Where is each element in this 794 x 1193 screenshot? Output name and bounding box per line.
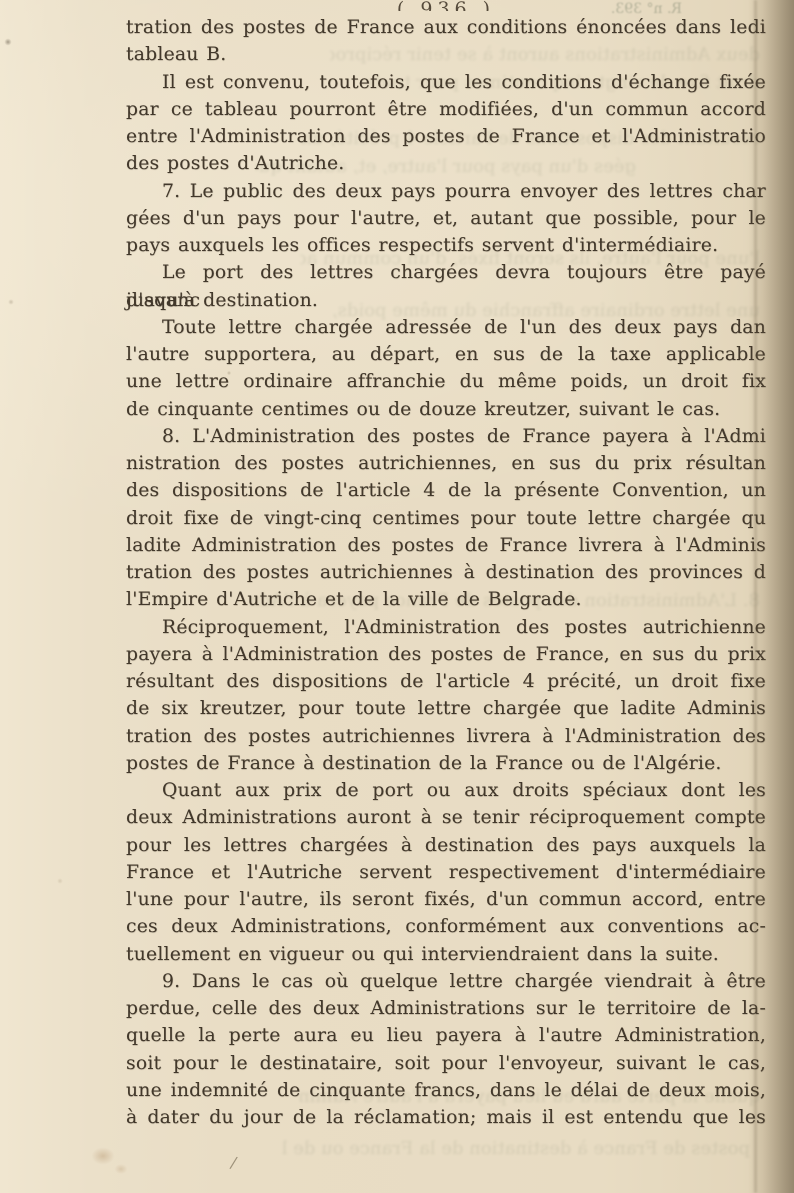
text-line: jusqu'à destination. <box>126 287 766 314</box>
text-line: droit fixe de vingt-cinq centimes pour t… <box>126 505 766 532</box>
text-line: pays auxquels les offices respectifs ser… <box>126 232 766 259</box>
text-line: 7. Le public des deux pays pourra envoye… <box>126 178 766 205</box>
text-line: résultant des dispositions de l'article … <box>126 668 766 695</box>
text-line: l'Empire d'Autriche et de la ville de Be… <box>126 586 766 613</box>
text-line: l'autre supportera, au départ, en sus de… <box>126 341 766 368</box>
text-line: tration des postes de France aux conditi… <box>126 14 766 41</box>
text-line: ces deux Administrations, conformément a… <box>126 913 766 940</box>
text-line: nistration des postes autrichiennes, en … <box>126 450 766 477</box>
text-line: Quant aux prix de port ou aux droits spé… <box>126 777 766 804</box>
scanned-page: { "document": { "kind": "scanned book pa… <box>0 0 794 1193</box>
text-line: Il est convenu, toutefois, que les condi… <box>126 69 766 96</box>
text-line: tration des postes autrichiennes à desti… <box>126 559 766 586</box>
text-line: ladite Administration des postes de Fran… <box>126 532 766 559</box>
text-line: l'une pour l'autre, ils seront fixés, d'… <box>126 886 766 913</box>
page-number-clip: ( 936 ) <box>126 0 766 11</box>
text-line: quelle la perte aura eu lieu payera à l'… <box>126 1022 766 1049</box>
text-line: des postes d'Autriche. <box>126 150 766 177</box>
text-line: perdue, celle des deux Administrations s… <box>126 995 766 1022</box>
text-line: entre l'Administration des postes de Fra… <box>126 123 766 150</box>
page-number: ( 936 ) <box>397 0 495 11</box>
text-line: soit pour le destinataire, soit pour l'e… <box>126 1050 766 1077</box>
text-line: pour les lettres chargées à destination … <box>126 832 766 859</box>
text-line: Toute lettre chargée adressée de l'un de… <box>126 314 766 341</box>
text-line: Réciproquement, l'Administration des pos… <box>126 614 766 641</box>
text-line: 8. L'Administration des postes de France… <box>126 423 766 450</box>
text-line: par ce tableau pourront être modifiées, … <box>126 96 766 123</box>
text-line: postes de France à destination de la Fra… <box>126 750 766 777</box>
text-line: deux Administrations auront à se tenir r… <box>126 804 766 831</box>
text-line: payera à l'Administration des postes de … <box>126 641 766 668</box>
text-line: à dater du jour de la réclamation; mais … <box>126 1104 766 1131</box>
text-line: une indemnité de cinquante francs, dans … <box>126 1077 766 1104</box>
document-text: tration des postes de France aux conditi… <box>126 14 766 1131</box>
text-line: Le port des lettres chargées devra toujo… <box>126 259 766 286</box>
text-line: des dispositions de l'article 4 de la pr… <box>126 477 766 504</box>
text-line: gées d'un pays pour l'autre, et, autant … <box>126 205 766 232</box>
text-line: France et l'Autriche servent respectivem… <box>126 859 766 886</box>
text-line: de six kreutzer, pour toute lettre charg… <box>126 695 766 722</box>
text-line: de cinquante centimes ou de douze kreutz… <box>126 396 766 423</box>
text-line: 9. Dans le cas où quelque lettre chargée… <box>126 968 766 995</box>
text-line: tration des postes autrichiennes livrera… <box>126 723 766 750</box>
text-line: une lettre ordinaire affranchie du même … <box>126 368 766 395</box>
text-line: tuellement en vigueur ou qui interviendr… <box>126 941 766 968</box>
text-line: tableau B. <box>126 41 766 68</box>
